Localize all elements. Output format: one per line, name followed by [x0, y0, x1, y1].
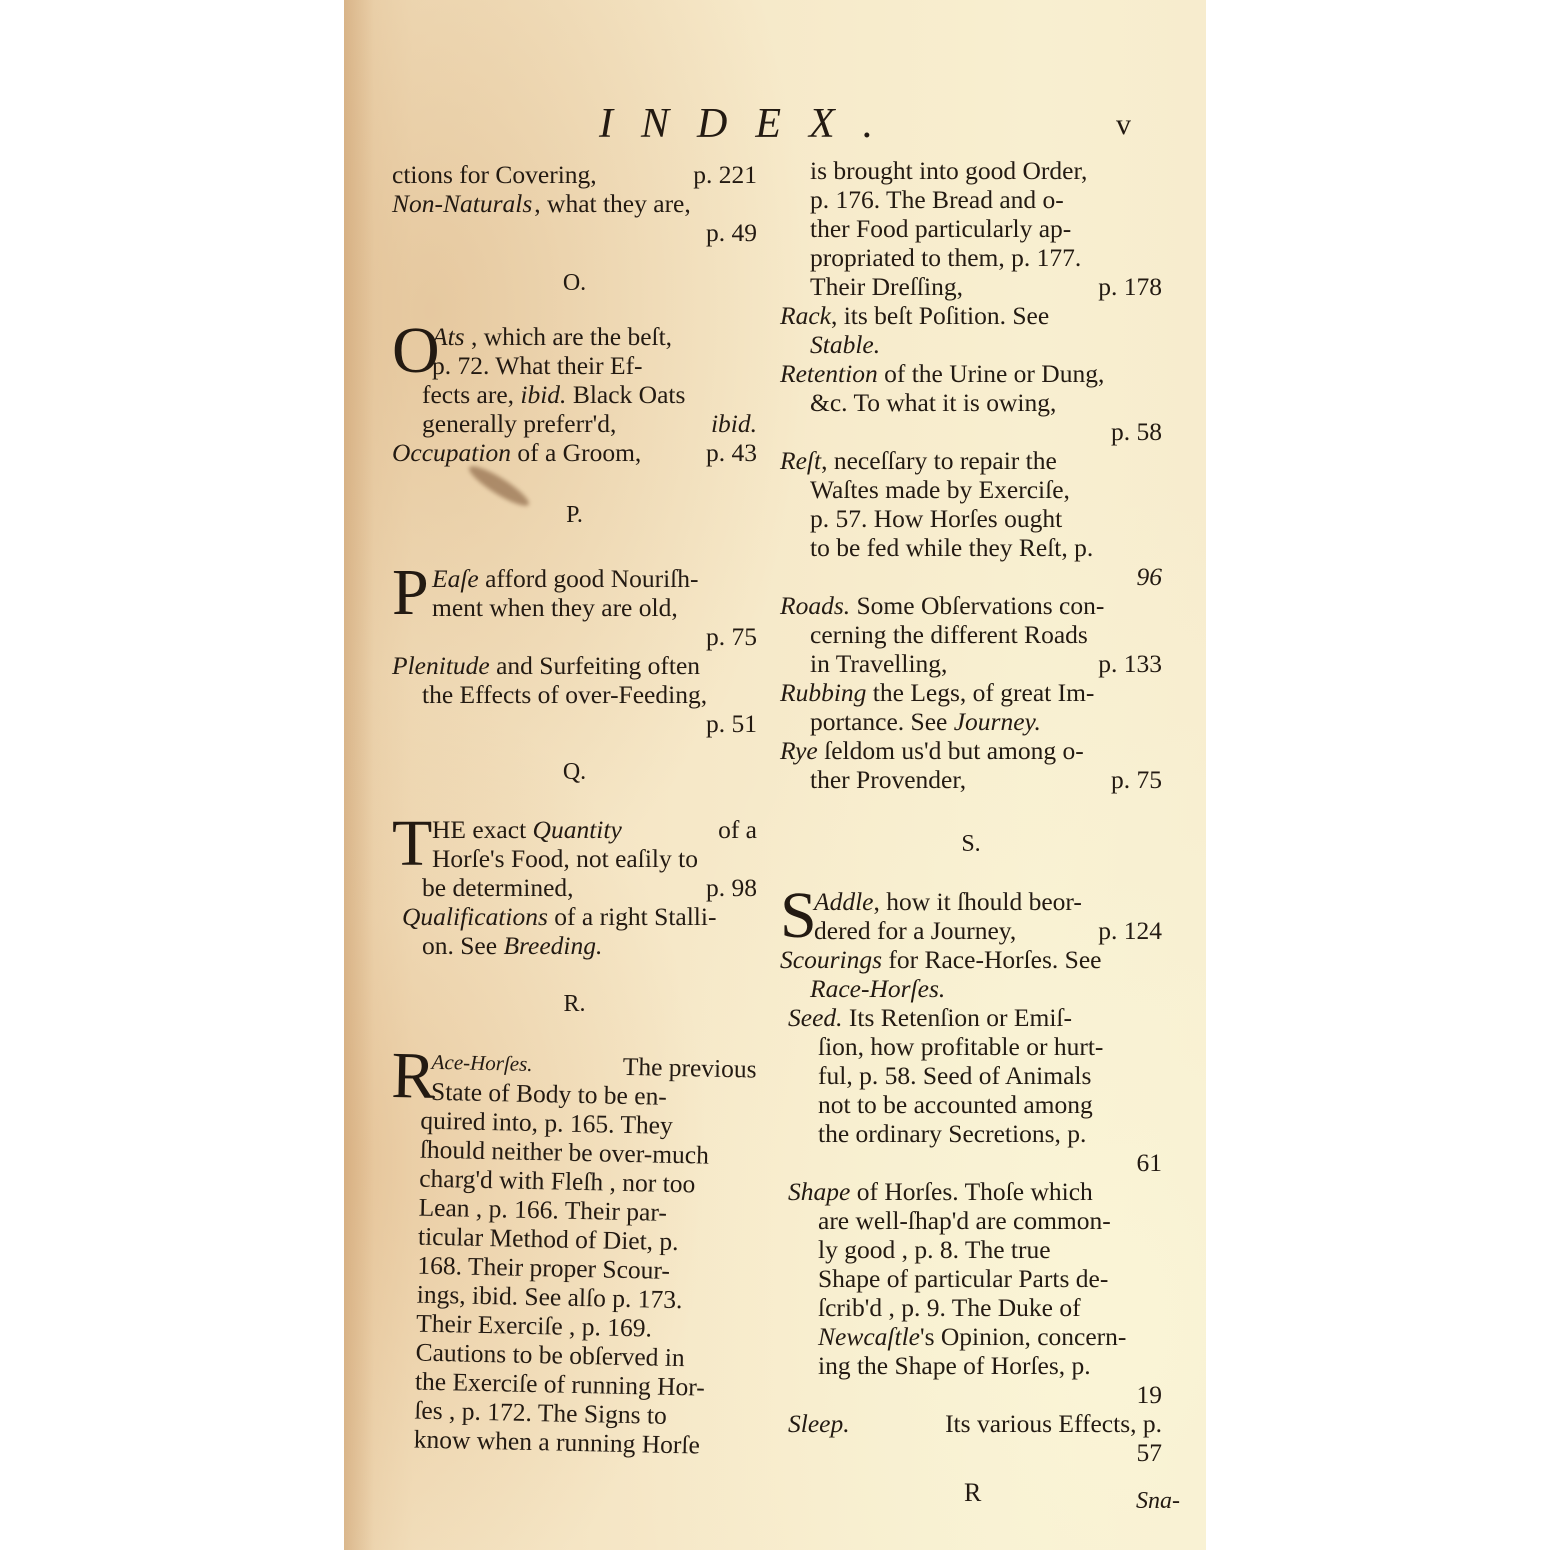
index-entry-roads: Roads. Some Obſervations con- — [780, 591, 1162, 620]
index-entry-occupation: Occupation of a Groom,p. 43 — [392, 438, 757, 467]
catchword: Sna- — [1136, 1488, 1180, 1515]
index-term: Rack — [780, 301, 831, 330]
index-term: Rye — [780, 736, 818, 765]
index-term: Newcaſtle — [818, 1322, 920, 1351]
page-title: INDEX. — [599, 100, 901, 148]
drop-cap: P — [392, 566, 429, 620]
index-entry-scourings: Scourings for Race-Horſes. See — [780, 945, 1162, 974]
index-term: Occupation — [392, 438, 511, 467]
section-letter-s: S. — [780, 830, 1162, 859]
index-term: Qualifications — [402, 902, 548, 931]
index-term: Shape — [788, 1177, 850, 1206]
index-entry-plenitude: Plenitude and Surfeiting often — [392, 651, 757, 680]
index-term: Addle — [814, 887, 873, 916]
index-term: Ace-Horſes. — [431, 1048, 532, 1079]
drop-cap: O — [392, 324, 440, 378]
index-term: Rubbing — [780, 678, 866, 707]
index-term: Sleep. — [788, 1409, 850, 1438]
section-letter-r: R. — [392, 990, 757, 1019]
signature-mark: R — [964, 1478, 981, 1508]
index-term: Quantity — [533, 815, 622, 844]
index-term: Reſt — [780, 446, 821, 475]
section-letter-q: Q. — [392, 758, 757, 787]
index-entry-qualifications: Qualifications of a right Stalli- — [392, 902, 757, 931]
drop-cap: R — [391, 1049, 436, 1104]
index-line: p. 49 — [392, 218, 757, 247]
index-entry-retention: Retention of the Urine or Dung, — [780, 359, 1162, 388]
index-term: Roads. — [780, 591, 850, 620]
index-entry-race-horses: R Ace-Horſes.The previous State of Body … — [383, 1047, 756, 1461]
left-column: ctions for Covering,p. 221 Non-Naturals,… — [392, 160, 757, 1453]
drop-cap: T — [392, 817, 432, 871]
page-header: INDEX. v — [344, 100, 1206, 150]
index-entry-pease: P Eaſe afford good Nouriſh- ment when th… — [392, 564, 757, 622]
index-term: Non-Naturals — [392, 189, 532, 218]
index-entry-rack: Rack, its beſt Poſition. See — [780, 301, 1162, 330]
see-reference: Journey. — [954, 707, 1041, 736]
see-reference: Breeding. — [503, 931, 602, 960]
index-term: Retention — [780, 359, 878, 388]
right-column: is brought into good Order, p. 176. The … — [780, 156, 1162, 1467]
see-reference: Stable. — [810, 330, 880, 359]
index-entry-sleep: Sleep.Its various Effects, p. — [788, 1409, 1162, 1438]
index-entry-saddle: S Addle, how it ſhould beor- dered for a… — [780, 887, 1162, 945]
index-entry-quantity: T HE exact Quantityof a Horſe's Food, no… — [392, 815, 757, 873]
index-entry-seed: Seed. Its Retenſion or Emiſ- — [788, 1003, 1162, 1032]
index-term: Plenitude — [392, 651, 490, 680]
index-line: ctions for Covering,p. 221 — [392, 160, 757, 189]
index-entry-rest: Reſt, neceſſary to repair the — [780, 446, 1162, 475]
index-entry-oats: O Ats , which are the beſt, p. 72. What … — [392, 322, 757, 380]
index-entry-rye: Rye ſeldom us'd but among o- — [780, 736, 1162, 765]
index-entry-rubbing: Rubbing the Legs, of great Im- — [780, 678, 1162, 707]
section-letter-o: O. — [392, 269, 757, 298]
drop-cap: S — [780, 889, 817, 943]
index-entry: Non-Naturals, what they are, — [392, 189, 757, 218]
page-number: v — [1116, 108, 1131, 142]
index-entry-shape: Shape of Horſes. Thoſe which — [788, 1177, 1162, 1206]
book-page: INDEX. v ctions for Covering,p. 221 Non-… — [344, 0, 1206, 1550]
index-term: Eaſe — [432, 564, 479, 593]
index-term: Seed. — [788, 1003, 843, 1032]
section-letter-p: P. — [392, 501, 757, 530]
see-reference: Race-Horſes. — [810, 974, 945, 1003]
